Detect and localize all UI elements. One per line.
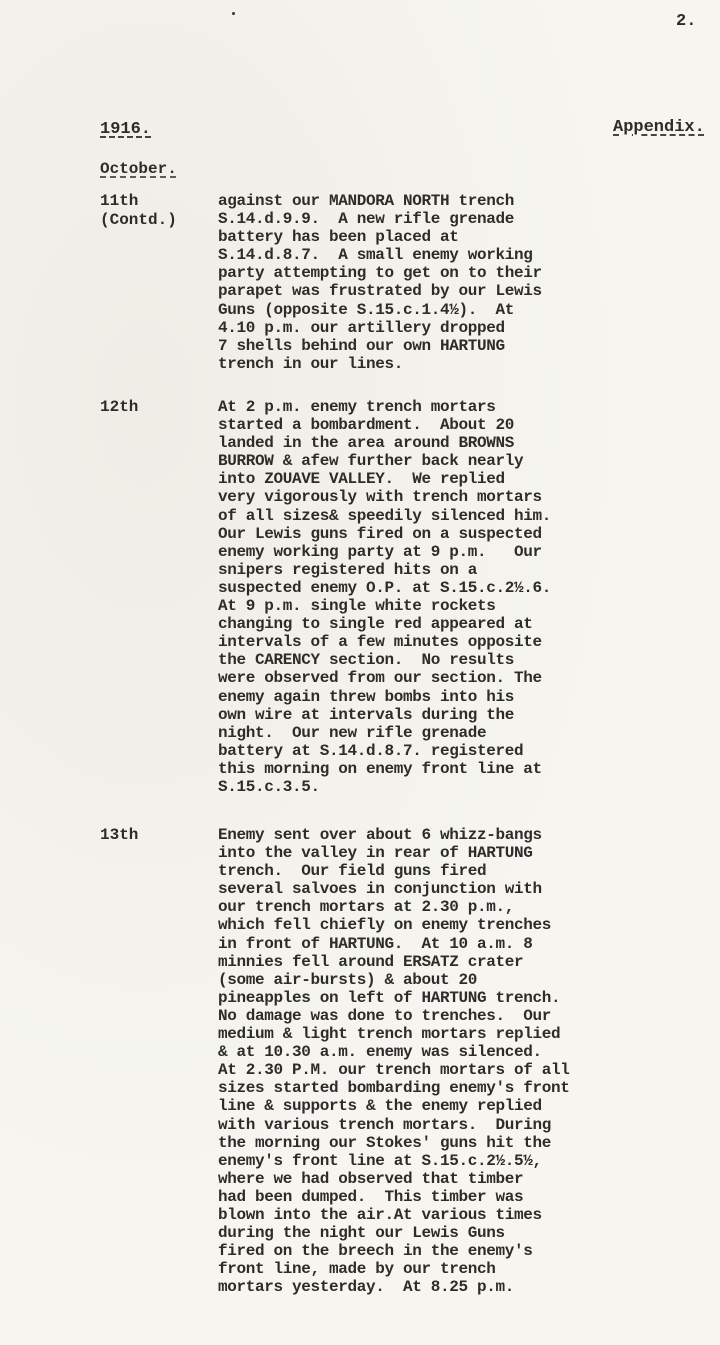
appendix-heading: Appendix. — [613, 118, 705, 137]
entry-date: 12th — [100, 398, 138, 417]
entry-text: against our MANDORA NORTH trench S.14.d.… — [218, 192, 542, 373]
month-heading: October. — [100, 160, 177, 178]
entry-text: Enemy sent over about 6 whizz-bangs into… — [218, 826, 570, 1296]
page-number: 2. — [676, 12, 696, 31]
document-page: 2. 1916. Appendix. October. 11th (Contd.… — [0, 0, 720, 1345]
entry-date: 13th — [100, 826, 138, 845]
year-heading: 1916. — [100, 120, 151, 139]
ink-dot — [232, 12, 235, 15]
entry-date: 11th (Contd.) — [100, 192, 177, 229]
entry-text: At 2 p.m. enemy trench mortars started a… — [218, 398, 551, 796]
